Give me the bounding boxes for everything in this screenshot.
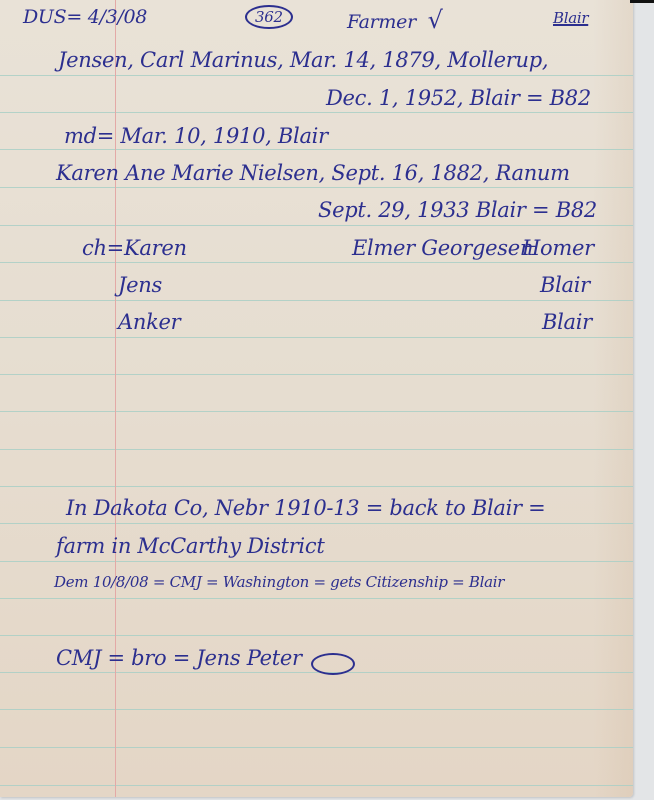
subject-line-2: Dec. 1, 1952, Blair = B82 [326, 86, 591, 110]
sibling-line: CMJ = bro = Jens Peter [56, 646, 302, 670]
child-name: Anker [118, 310, 180, 334]
occupation: Farmer √ [347, 6, 443, 34]
ruled-line [0, 635, 633, 636]
ruled-line [0, 112, 633, 113]
ruled-line [0, 149, 633, 150]
ruled-line [0, 225, 633, 226]
ruled-line [0, 411, 633, 412]
ruled-line [0, 709, 633, 710]
circle-mark-icon [311, 653, 355, 675]
child-place: Blair [540, 273, 590, 297]
child-place: Blair [542, 310, 592, 334]
note-line: In Dakota Co, Nebr 1910-13 = back to Bla… [66, 496, 545, 520]
scan-edge [630, 0, 654, 3]
ruled-line [0, 523, 633, 524]
marriage-line: md= Mar. 10, 1910, Blair [64, 124, 328, 148]
margin-line [115, 0, 116, 797]
ruled-line [0, 300, 633, 301]
ruled-line [0, 374, 633, 375]
children-prefix: ch= [82, 236, 124, 260]
occupation-label: Farmer [347, 11, 416, 33]
reference-note: DUS= 4/3/08 [23, 6, 147, 28]
record-number: 362 [245, 5, 293, 29]
check-mark-icon: √ [428, 6, 443, 34]
ruled-line [0, 75, 633, 76]
spouse-line-1: Karen Ane Marie Nielsen, Sept. 16, 1882,… [56, 161, 570, 185]
ruled-line [0, 486, 633, 487]
ruled-line [0, 672, 633, 673]
note-line: Dem 10/8/08 = CMJ = Washington = gets Ci… [54, 573, 504, 591]
ruled-line [0, 262, 633, 263]
child-name: Jens [118, 273, 162, 297]
child-spouse: Elmer Georgesen [352, 236, 533, 260]
ruled-line [0, 561, 633, 562]
header-location: Blair [553, 9, 588, 27]
note-line: farm in McCarthy District [56, 534, 324, 558]
ruled-line [0, 598, 633, 599]
record-number-badge: 362 [245, 5, 293, 29]
ruled-line [0, 337, 633, 338]
notebook-page: DUS= 4/3/08 362 Farmer √ Blair Jensen, C… [0, 0, 633, 797]
ruled-line [0, 187, 633, 188]
child-place: Homer [522, 236, 594, 260]
spouse-line-2: Sept. 29, 1933 Blair = B82 [318, 198, 597, 222]
ruled-line [0, 785, 633, 786]
subject-line-1: Jensen, Carl Marinus, Mar. 14, 1879, Mol… [58, 48, 548, 72]
children-row: ch=Karen [82, 236, 187, 260]
ruled-line [0, 747, 633, 748]
ruled-line [0, 449, 633, 450]
child-name: Karen [124, 236, 187, 260]
